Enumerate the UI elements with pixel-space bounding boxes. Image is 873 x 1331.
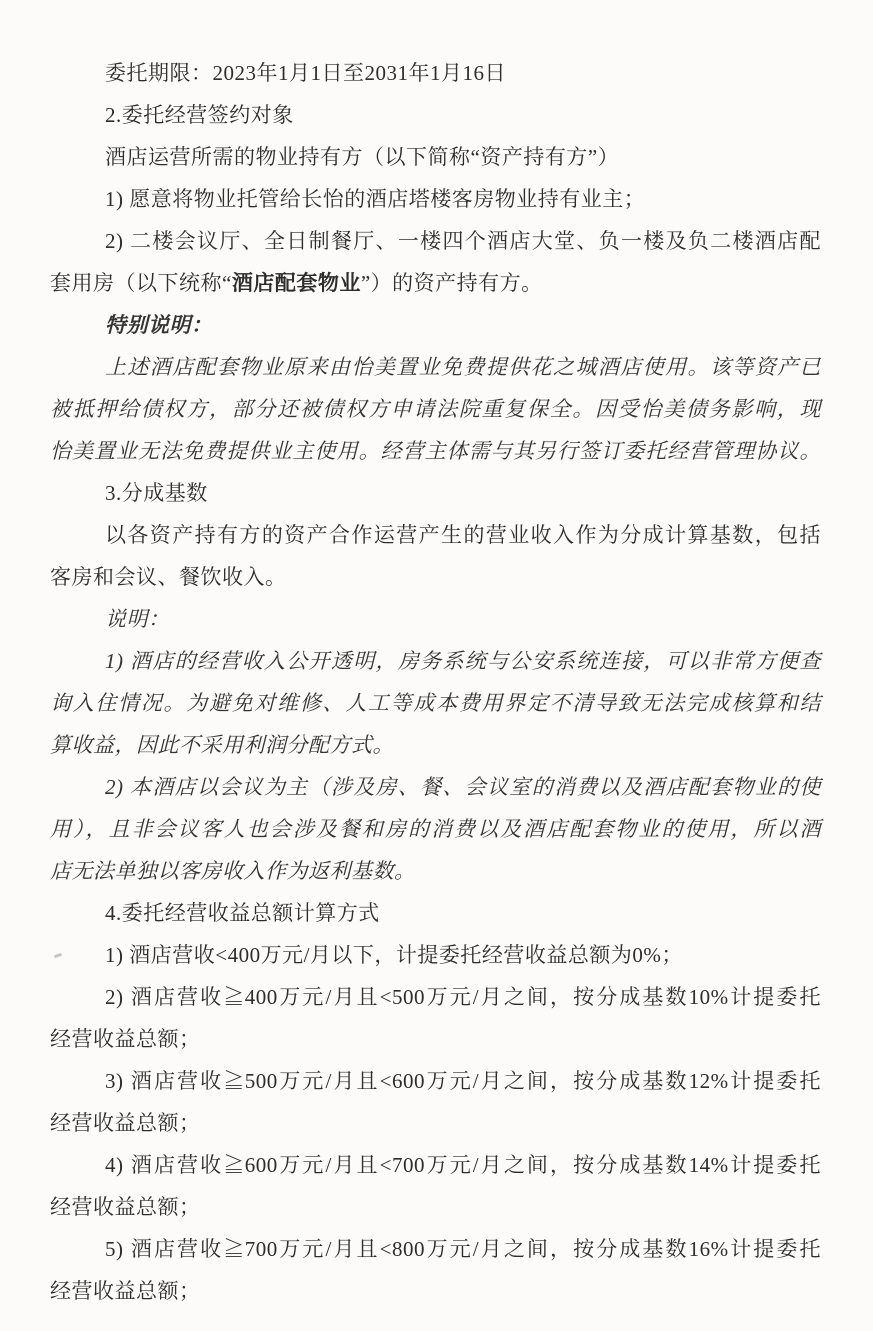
- doc-line-with-bold: 套用房（以下统称“酒店配套物业”）的资产持有方。: [50, 262, 821, 304]
- note-paragraph: 算收益，因此不采用利润分配方式。: [50, 724, 821, 766]
- note-paragraph: 2) 本酒店以会议为主（涉及房、餐、会议室的消费以及酒店配套物业的使: [50, 766, 821, 808]
- tier-item-4-cont: 经营收益总额；: [50, 1186, 821, 1228]
- tier-item-2-cont: 经营收益总额；: [50, 1018, 821, 1060]
- tier-item-1: 1) 酒店营收<400万元/月以下，计提委托经营收益总额为0%；: [50, 934, 821, 976]
- note-paragraph: 用），且非会议客人也会涉及餐和房的消费以及酒店配套物业的使用，所以酒: [50, 808, 821, 850]
- note-paragraph: 1) 酒店的经营收入公开透明，房务系统与公安系统连接，可以非常方便查: [50, 640, 821, 682]
- doc-text: ”）的资产持有方。: [361, 271, 543, 295]
- tier-item-3: 3) 酒店营收≧500万元/月且<600万元/月之间，按分成基数12%计提委托: [50, 1060, 821, 1102]
- list-item: 1) 愿意将物业托管给长怡的酒店塔楼客房物业持有业主；: [50, 178, 821, 220]
- tier-item-5: 5) 酒店营收≧700万元/月且<800万元/月之间，按分成基数16%计提委托: [50, 1228, 821, 1270]
- note-paragraph: 被抵押给债权方，部分还被债权方申请法院重复保全。因受怡美债务影响，现: [50, 388, 821, 430]
- note-paragraph: 店无法单独以客房收入作为返利基数。: [50, 850, 821, 892]
- note-paragraph: 询入住情况。为避免对维修、人工等成本费用界定不清导致无法完成核算和结: [50, 682, 821, 724]
- document-text-block: 委托期限：2023年1月1日至2031年1月16日 2.委托经营签约对象 酒店运…: [50, 52, 821, 1312]
- special-note-heading: 特别说明：: [50, 304, 821, 346]
- entrust-period-line: 委托期限：2023年1月1日至2031年1月16日: [50, 52, 821, 94]
- doc-line: 酒店运营所需的物业持有方（以下简称“资产持有方”）: [50, 136, 821, 178]
- doc-text: 套用房（以下统称“: [50, 271, 232, 295]
- note-heading: 说明：: [50, 598, 821, 640]
- tier-item-5-cont: 经营收益总额；: [50, 1270, 821, 1312]
- section-heading-3: 3.分成基数: [50, 472, 821, 514]
- note-paragraph: 上述酒店配套物业原来由怡美置业免费提供花之城酒店使用。该等资产已: [50, 346, 821, 388]
- note-paragraph: 怡美置业无法免费提供业主使用。经营主体需与其另行签订委托经营管理协议。: [50, 430, 821, 472]
- tier-item-4: 4) 酒店营收≧600万元/月且<700万元/月之间，按分成基数14%计提委托: [50, 1144, 821, 1186]
- section-heading-2: 2.委托经营签约对象: [50, 94, 821, 136]
- bold-term: 酒店配套物业: [232, 271, 361, 295]
- section-heading-4: 4.委托经营收益总额计算方式: [50, 892, 821, 934]
- doc-line: 以各资产持有方的资产合作运营产生的营业收入作为分成计算基数，包括: [50, 514, 821, 556]
- doc-line: 客房和会议、餐饮收入。: [50, 556, 821, 598]
- tier-item-3-cont: 经营收益总额；: [50, 1102, 821, 1144]
- list-item: 2) 二楼会议厅、全日制餐厅、一楼四个酒店大堂、负一楼及负二楼酒店配: [50, 220, 821, 262]
- scanned-document-page: 委托期限：2023年1月1日至2031年1月16日 2.委托经营签约对象 酒店运…: [0, 0, 873, 1331]
- tier-item-2: 2) 酒店营收≧400万元/月且<500万元/月之间，按分成基数10%计提委托: [50, 976, 821, 1018]
